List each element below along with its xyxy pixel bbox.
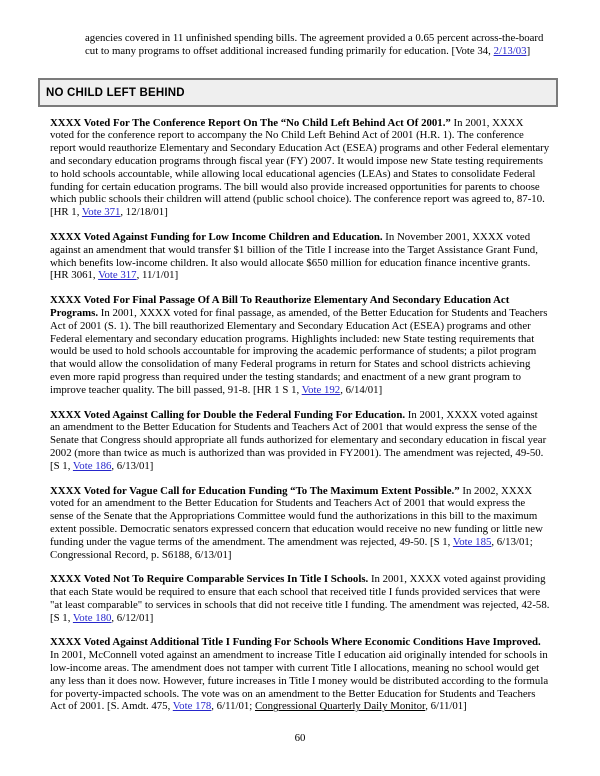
paragraphs-container: XXXX Voted For The Conference Report On …: [50, 117, 550, 714]
paragraph-text: agencies covered in 11 unfinished spendi…: [85, 32, 543, 57]
vote-record-paragraph: XXXX Voted Against Additional Title I Fu…: [50, 636, 550, 713]
vote-heading: XXXX Voted For The Conference Report On …: [50, 117, 454, 129]
paragraph-text: , 6/14/01]: [340, 384, 382, 396]
vote-heading: XXXX Voted Against Calling for Double th…: [50, 409, 408, 421]
paragraph-text: , 6/12/01]: [111, 612, 153, 624]
vote-record-paragraph: XXXX Voted For The Conference Report On …: [50, 117, 550, 219]
paragraph-text: ]: [527, 45, 531, 57]
section-header-title: NO CHILD LEFT BEHIND: [46, 87, 185, 99]
vote-record-paragraph: XXXX Voted Against Calling for Double th…: [50, 409, 550, 473]
document-page: agencies covered in 11 unfinished spendi…: [0, 0, 600, 776]
vote-link[interactable]: Vote 180: [73, 612, 112, 624]
vote-record-paragraph: XXXX Voted Not To Require Comparable Ser…: [50, 573, 550, 624]
vote-link[interactable]: Vote 192: [302, 384, 341, 396]
section-header-box: NO CHILD LEFT BEHIND: [38, 78, 558, 107]
paragraph-text: , 12/18/01]: [120, 206, 167, 218]
paragraph-text: , 6/11/01;: [211, 700, 255, 712]
paragraph-text: , 6/11/01]: [425, 700, 467, 712]
vote-heading: XXXX Voted Against Funding for Low Incom…: [50, 231, 385, 243]
vote-link[interactable]: Vote 371: [82, 206, 121, 218]
vote-link[interactable]: Vote 185: [453, 536, 492, 548]
vote-link[interactable]: 2/13/03: [494, 45, 527, 57]
vote-heading: XXXX Voted Not To Require Comparable Ser…: [50, 573, 371, 585]
vote-link[interactable]: Vote 178: [173, 700, 212, 712]
vote-heading: XXXX Voted for Vague Call for Education …: [50, 485, 462, 497]
vote-link[interactable]: Vote 317: [98, 269, 137, 281]
intro-paragraph: agencies covered in 11 unfinished spendi…: [85, 32, 544, 58]
vote-record-paragraph: XXXX Voted For Final Passage Of A Bill T…: [50, 294, 550, 396]
page-number: 60: [0, 732, 600, 744]
paragraph-text: , 11/1/01]: [137, 269, 179, 281]
vote-record-paragraph: XXXX Voted Against Funding for Low Incom…: [50, 231, 550, 282]
paragraph-text: In 2001, XXXX voted for the conference r…: [50, 117, 549, 219]
vote-link[interactable]: Vote 186: [73, 460, 112, 472]
vote-heading: XXXX Voted Against Additional Title I Fu…: [50, 636, 541, 648]
paragraph-text: In 2001, XXXX voted for final passage, a…: [50, 307, 547, 396]
source-citation: Congressional Quarterly Daily Monitor: [255, 700, 425, 712]
vote-record-paragraph: XXXX Voted for Vague Call for Education …: [50, 485, 550, 562]
paragraph-text: , 6/13/01]: [111, 460, 153, 472]
